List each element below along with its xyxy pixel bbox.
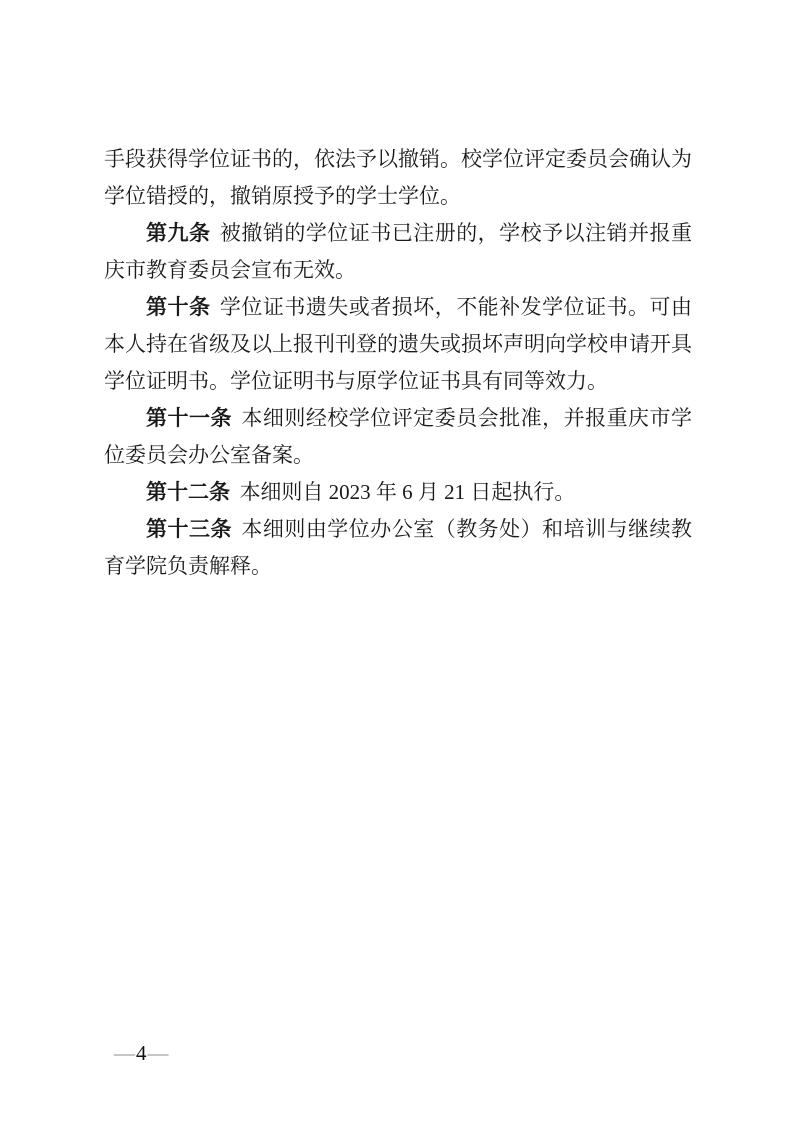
paragraph-text: 手段获得学位证书的，依法予以撤销。校学位评定委员会确认为学位错授的，撤销原授予的… [104,147,692,208]
page-number: 4 [135,1041,148,1065]
paragraph-article-13: 第十三条本细则由学位办公室（教务处）和培训与继续教育学院负责解释。 [104,511,692,585]
article-11-label: 第十一条 [146,407,232,430]
paragraph-article-12: 第十二条本细则自 2023 年 6 月 21 日起执行。 [104,474,692,511]
article-13-label: 第十三条 [146,518,232,541]
paragraph-article-9: 第九条被撤销的学位证书已注册的，学校予以注销并报重庆市教育委员会宣布无效。 [104,215,692,289]
page-footer: —4— [114,1041,169,1065]
paragraph-article-10: 第十条学位证书遗失或者损坏，不能补发学位证书。可由本人持在省级及以上报刊刊登的遗… [104,289,692,400]
paragraph-continuation: 手段获得学位证书的，依法予以撤销。校学位评定委员会确认为学位错授的，撤销原授予的… [104,141,692,215]
paragraph-text: 本细则自 2023 年 6 月 21 日起执行。 [239,480,575,504]
article-12-label: 第十二条 [146,481,230,504]
article-10-label: 第十条 [146,296,210,319]
paragraph-article-11: 第十一条本细则经校学位评定委员会批准，并报重庆市学位委员会办公室备案。 [104,400,692,474]
page-number-dash-left: — [114,1041,135,1065]
page-number-dash-right: — [148,1041,169,1065]
article-9-label: 第九条 [146,222,210,245]
document-page: 手段获得学位证书的，依法予以撤销。校学位评定委员会确认为学位错授的，撤销原授予的… [0,0,793,1122]
document-body: 手段获得学位证书的，依法予以撤销。校学位评定委员会确认为学位错授的，撤销原授予的… [104,141,692,585]
